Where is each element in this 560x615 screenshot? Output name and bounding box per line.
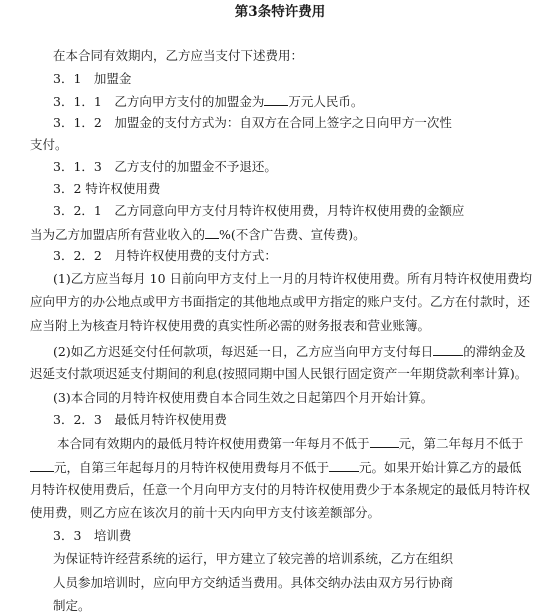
document-page: 第3条特许费用 在本合同有效期内，乙方应当支付下述费用： 3．1 加盟金 3．1…	[0, 0, 560, 615]
clause-3-2-3-line-2-text: 元，自第三年起每月的月特许权使用费每月不低于	[54, 460, 329, 475]
clause-3-2-2-item-2: (2)如乙方迟延交付任何款项，每迟延一日，乙方应当向甲方支付每日的滞纳金及	[53, 342, 526, 361]
year3-minimum-blank[interactable]	[329, 458, 359, 472]
clause-3-2-1-text: 当为乙方加盟店所有营业收入的	[30, 227, 205, 242]
section-3-3-line-3: 制定。	[53, 597, 91, 615]
royalty-percent-blank[interactable]	[205, 225, 219, 239]
clause-3-2-2-item-1-line-2: 应向甲方的办公地点或甲方书面指定的其他地点或甲方指定的账户支付。乙方在付款时，还	[30, 293, 530, 311]
clause-3-2-2-item-2-text: (2)如乙方迟延交付任何款项，每迟延一日，乙方应当向甲方支付每日	[53, 344, 433, 359]
late-fee-blank[interactable]	[433, 342, 463, 356]
clause-3-2-1: 3．2．1 乙方同意向甲方支付月特许权使用费，月特许权使用费的金额应	[53, 202, 464, 220]
clause-3-1-1: 3．1．1 乙方向甲方支付的加盟金为万元人民币。	[53, 92, 363, 111]
clause-3-1-2: 3．1．2 加盟金的支付方式为：自双方在合同上签字之日向甲方一次性	[53, 114, 452, 132]
section-3-3-heading: 3．3 培训费	[53, 527, 131, 545]
clause-3-1-3: 3．1．3 乙方支付的加盟金不予退还。	[53, 158, 277, 176]
year2-minimum-blank[interactable]	[30, 458, 54, 472]
section-3-1-label: 3．1 加盟金	[53, 71, 131, 86]
clause-3-1-1-text: 3．1．1 乙方向甲方支付的加盟金为	[53, 94, 264, 109]
clause-3-2-3-line-2: 元，自第三年起每月的月特许权使用费每月不低于元。如果开始计算乙方的最低	[30, 458, 522, 477]
clause-3-2-3: 3．2．3 最低月特许权使用费	[53, 411, 227, 429]
year1-minimum-blank[interactable]	[370, 434, 399, 448]
clause-3-2-1-suffix: %(不含广告费、宣传费)。	[219, 227, 366, 242]
clause-3-2-3-line-3: 月特许权使用费后，任意一个月向甲方支付的月特许权使用费少于本条规定的最低月特许权	[30, 481, 530, 499]
clause-3-2-2: 3．2．2 月特许权使用费的支付方式：	[53, 247, 277, 265]
clause-3-1-1-suffix: 万元人民币。	[288, 94, 363, 109]
section-3-2-heading: 3．2 特许权使用费	[53, 180, 160, 198]
franchise-fee-amount-blank[interactable]	[264, 92, 288, 106]
section-3-1-heading: 3．1 加盟金	[53, 70, 131, 88]
section-3-3-paragraph: 为保证特许经营系统的运行，甲方建立了较完善的培训系统，乙方在组织	[53, 550, 453, 568]
article-title: 第3条特许费用	[0, 2, 560, 22]
clause-3-2-2-item-3: (3)本合同的月特许权使用费自本合同生效之日起第四个月开始计算。	[53, 389, 433, 407]
clause-3-2-2-item-1: (1)乙方应当每月 10 日前向甲方支付上一月的月特许权使用费。所有月特许权使用…	[53, 270, 532, 288]
intro-paragraph: 在本合同有效期内，乙方应当支付下述费用：	[53, 47, 303, 65]
clause-3-2-3-line-4: 使用费，则乙方应在该次月的前十天内向甲方支付该差额部分。	[30, 504, 380, 522]
clause-3-2-3-suffix: 元，第二年每月不低于	[399, 436, 524, 451]
clause-3-2-1-continued: 当为乙方加盟店所有营业收入的%(不含广告费、宣传费)。	[30, 225, 366, 244]
clause-3-2-3-line-2-suffix: 元。如果开始计算乙方的最低	[359, 460, 522, 475]
clause-3-2-3-paragraph: 本合同有效期内的最低月特许权使用费第一年每月不低于元，第二年每月不低于	[57, 434, 524, 453]
clause-3-2-3-text: 本合同有效期内的最低月特许权使用费第一年每月不低于	[57, 436, 370, 451]
clause-3-2-2-item-2-line-2: 迟延支付款项迟延支付期间的利息(按照同期中国人民银行固定资产一年期贷款利率计算)…	[30, 365, 527, 383]
clause-3-2-2-item-2-suffix: 的滞纳金及	[463, 344, 526, 359]
clause-3-2-2-item-1-line-3: 应当附上为核查月特许权使用费的真实性所必需的财务报表和营业账簿。	[30, 317, 430, 335]
clause-3-1-2-continued: 支付。	[30, 136, 68, 154]
section-3-3-line-2: 人员参加培训时，应向甲方交纳适当费用。具体交纳办法由双方另行协商	[53, 574, 453, 592]
